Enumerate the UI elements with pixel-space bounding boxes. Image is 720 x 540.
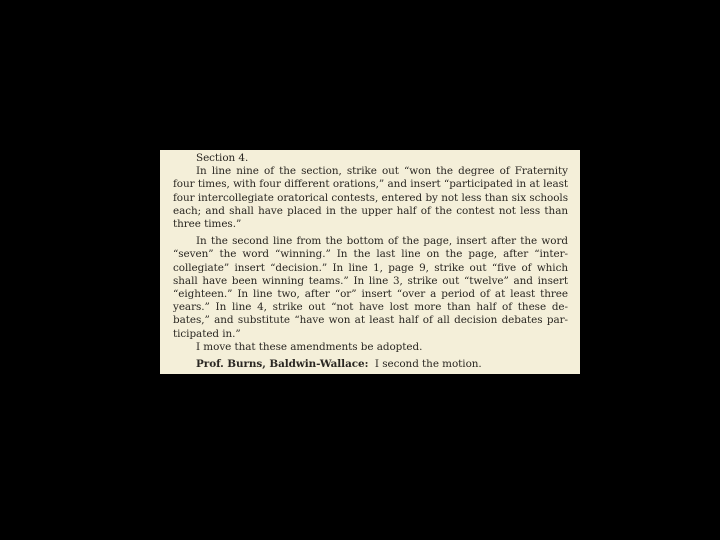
paragraph-2: In the second line from the bottom of th… [173, 235, 568, 341]
speaker-name: Prof. Burns, Baldwin-Wallace: [196, 358, 368, 370]
document-page: Section 4. In line nine of the section, … [160, 150, 580, 374]
paragraph-1: In line nine of the section, strike out … [173, 165, 568, 231]
speaker-statement: I second the motion. [375, 358, 482, 370]
section-heading: Section 4. [173, 152, 568, 165]
paragraph-3: I move that these amendments be adopted. [173, 341, 568, 354]
speaker-line: Prof. Burns, Baldwin-Wallace: I second t… [173, 358, 568, 371]
